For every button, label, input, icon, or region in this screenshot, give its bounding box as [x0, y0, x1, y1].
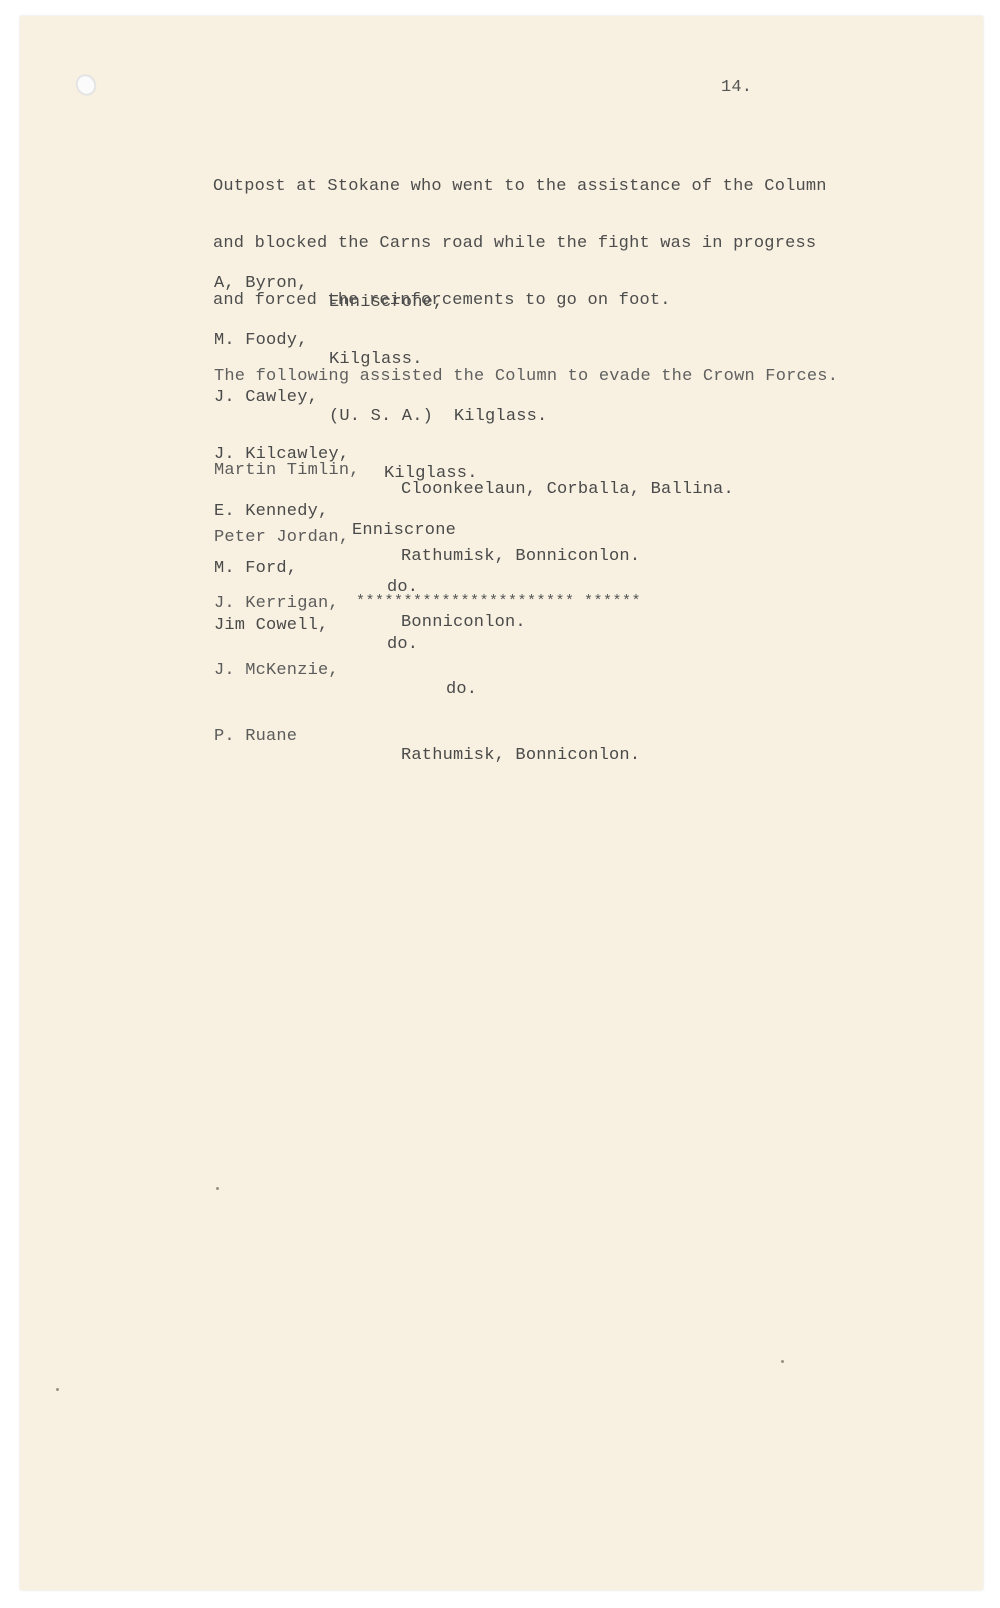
list-item: J. Kerrigan, Bonniconlon.: [214, 575, 256, 604]
paper-speck: [216, 1187, 219, 1190]
paper-speck: [56, 1388, 59, 1391]
member-place: (U. S. A.) Kilglass.: [329, 407, 547, 426]
assister-name: P. Ruane: [214, 727, 297, 746]
list-item: Martin Timlin, Cloonkeelaun, Corballa, B…: [214, 442, 256, 471]
page-number: 14.: [721, 78, 752, 97]
assist-sentence: The following assisted the Column to eva…: [214, 367, 838, 386]
assister-place: Cloonkeelaun, Corballa, Ballina.: [401, 480, 734, 499]
assister-name: J. McKenzie,: [214, 661, 339, 680]
assister-list: Martin Timlin, Cloonkeelaun, Corballa, B…: [214, 404, 256, 756]
assister-place: Rathumisk, Bonniconlon.: [401, 746, 640, 765]
list-item: Peter Jordan, Rathumisk, Bonniconlon.: [214, 509, 256, 538]
intro-line: and blocked the Carns road while the fig…: [213, 234, 827, 253]
list-item: P. Ruane Rathumisk, Bonniconlon.: [214, 708, 256, 737]
assister-place: Bonniconlon.: [401, 613, 526, 632]
paper-speck: [781, 1360, 784, 1363]
member-name: M. Foody,: [214, 331, 308, 350]
member-name: A, Byron,: [214, 274, 308, 293]
list-item: J. McKenzie, do.: [214, 642, 256, 671]
assister-place: do.: [446, 680, 477, 699]
assister-name: Peter Jordan,: [214, 528, 349, 547]
intro-line: and forced the reinforcements to go on f…: [213, 291, 827, 310]
member-place: do.: [387, 635, 418, 654]
member-place: Enniscrone: [352, 521, 456, 540]
intro-paragraph: Outpost at Stokane who went to the assis…: [213, 139, 827, 329]
intro-line: Outpost at Stokane who went to the assis…: [213, 177, 827, 196]
member-place: Enniscrone,: [329, 293, 443, 312]
list-item: A, Byron, Enniscrone,: [214, 255, 256, 274]
assister-name: Martin Timlin,: [214, 461, 360, 480]
paper-punch-mark: [72, 70, 100, 99]
section-separator: *********************** ******: [356, 592, 641, 611]
assister-name: J. Kerrigan,: [214, 594, 339, 613]
list-item: M. Foody, Kilglass.: [214, 312, 256, 331]
assister-place: Rathumisk, Bonniconlon.: [401, 547, 640, 566]
